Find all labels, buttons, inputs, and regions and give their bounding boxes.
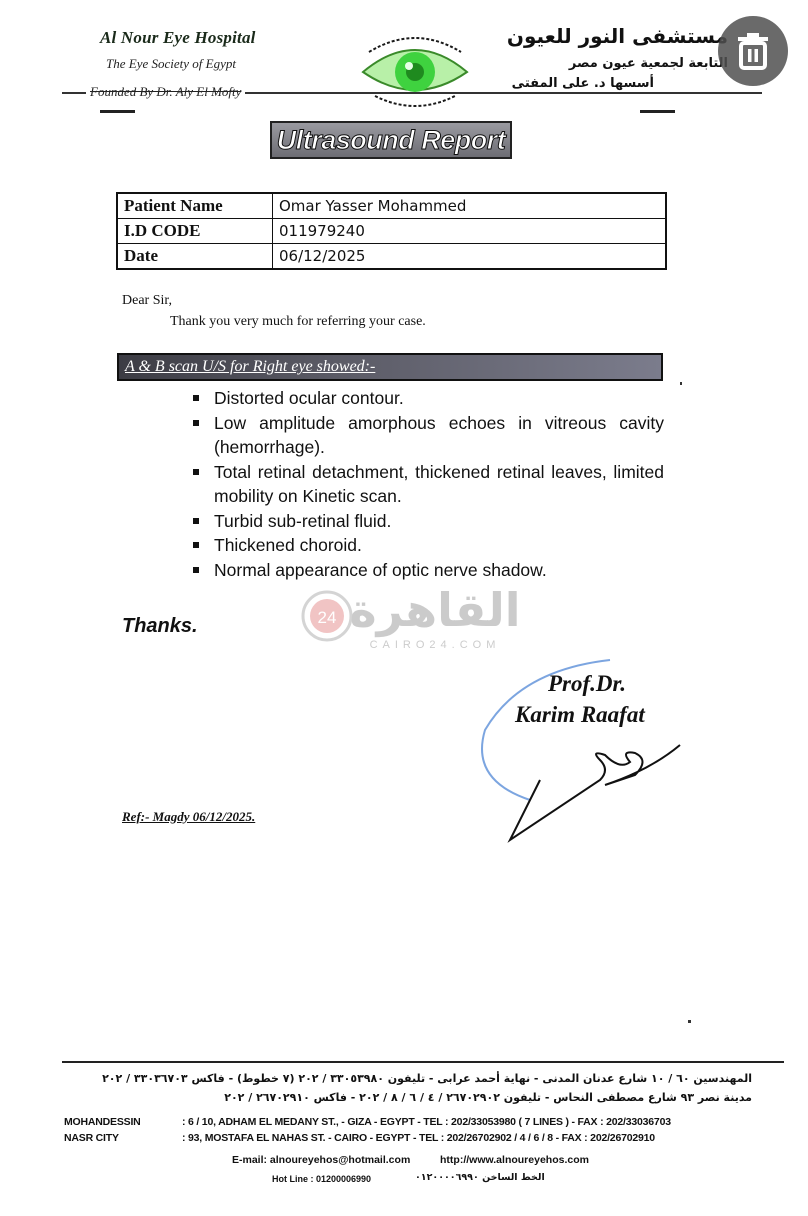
society-name-ar: التابعة لجمعية عيون مصر	[569, 56, 728, 71]
footer-email: E-mail: alnoureyehos@hotmail.com	[232, 1154, 410, 1166]
hospital-name-ar: مستشفى النور للعيون	[507, 24, 728, 48]
scan-mark	[688, 1020, 691, 1023]
report-title-banner: Ultrasound Report	[270, 121, 512, 159]
bullet-icon	[193, 542, 199, 548]
watermark-badge: 24	[318, 608, 337, 627]
cairo24-watermark: 24 القاهرة CAIRO24.COM	[295, 578, 525, 653]
findings-list: Distorted ocular contour. Low amplitude …	[190, 386, 664, 582]
signatory-name: Karim Raafat	[515, 702, 645, 728]
delete-button[interactable]	[718, 16, 788, 86]
scan-mark	[680, 382, 682, 385]
footer-address-ar-1: المهندسين ٦٠ / ١٠ شارع عدنان المدنى - نه…	[102, 1072, 752, 1085]
list-item: Low amplitude amorphous echoes in vitreo…	[190, 411, 664, 460]
table-row: Patient Name Omar Yasser Mohammed	[117, 193, 666, 219]
watermark-arabic: القاهرة	[349, 583, 520, 637]
date-label: Date	[117, 244, 273, 270]
list-item: Thickened choroid.	[190, 533, 664, 558]
table-row: Date 06/12/2025	[117, 244, 666, 270]
patient-name-value: Omar Yasser Mohammed	[273, 193, 667, 219]
footer-divider	[62, 1061, 784, 1063]
society-name-en: The Eye Society of Egypt	[106, 56, 236, 72]
id-code-value: 011979240	[273, 219, 667, 244]
footer-website: http://www.alnoureyehos.com	[440, 1154, 589, 1166]
section-heading: A & B scan U/S for Right eye showed:-	[125, 358, 375, 376]
report-title: Ultrasound Report	[277, 125, 506, 156]
founder-en: Founded By Dr. Aly El Mofty	[86, 84, 245, 100]
closing-thanks: Thanks.	[122, 615, 198, 638]
footer-hotline-ar: الخط الساخن ٠١٢٠٠٠٠٦٩٩٠	[415, 1172, 545, 1183]
header-underline-right	[640, 110, 675, 113]
footer-hotline-en: Hot Line : 01200006990	[272, 1174, 371, 1184]
bullet-icon	[193, 567, 199, 573]
id-code-label: I.D CODE	[117, 219, 273, 244]
trash-icon	[736, 32, 770, 70]
header-underline-left	[100, 110, 135, 113]
greeting: Dear Sir,	[122, 293, 172, 309]
patient-name-label: Patient Name	[117, 193, 273, 219]
list-item: Turbid sub-retinal fluid.	[190, 509, 664, 534]
table-row: I.D CODE 011979240	[117, 219, 666, 244]
list-item: Distorted ocular contour.	[190, 386, 664, 411]
footer-address-ar-2: مدينة نصر ٩٣ شارع مصطفى النحاس - تليفون …	[224, 1091, 752, 1104]
date-value: 06/12/2025	[273, 244, 667, 270]
footer-branch-mohandessin: MOHANDESSIN: 6 / 10, ADHAM EL MEDANY ST.…	[64, 1116, 671, 1128]
bullet-icon	[193, 518, 199, 524]
section-heading-bar: A & B scan U/S for Right eye showed:-	[117, 353, 663, 381]
bullet-icon	[193, 420, 199, 426]
patient-info-table: Patient Name Omar Yasser Mohammed I.D CO…	[116, 192, 667, 270]
founder-ar: أسسها د. على المفتى	[508, 76, 658, 91]
bullet-icon	[193, 395, 199, 401]
intro-text: Thank you very much for referring your c…	[170, 314, 426, 330]
green-eye-logo-icon	[355, 30, 475, 110]
reference-line: Ref:- Magdy 06/12/2025.	[122, 809, 255, 825]
hospital-name-en: Al Nour Eye Hospital	[100, 28, 256, 48]
footer-branch-nasr-city: NASR CITY: 93, MOSTAFA EL NAHAS ST. - CA…	[64, 1132, 655, 1144]
bullet-icon	[193, 469, 199, 475]
list-item: Total retinal detachment, thickened reti…	[190, 460, 664, 509]
signatory-title: Prof.Dr.	[548, 671, 626, 697]
